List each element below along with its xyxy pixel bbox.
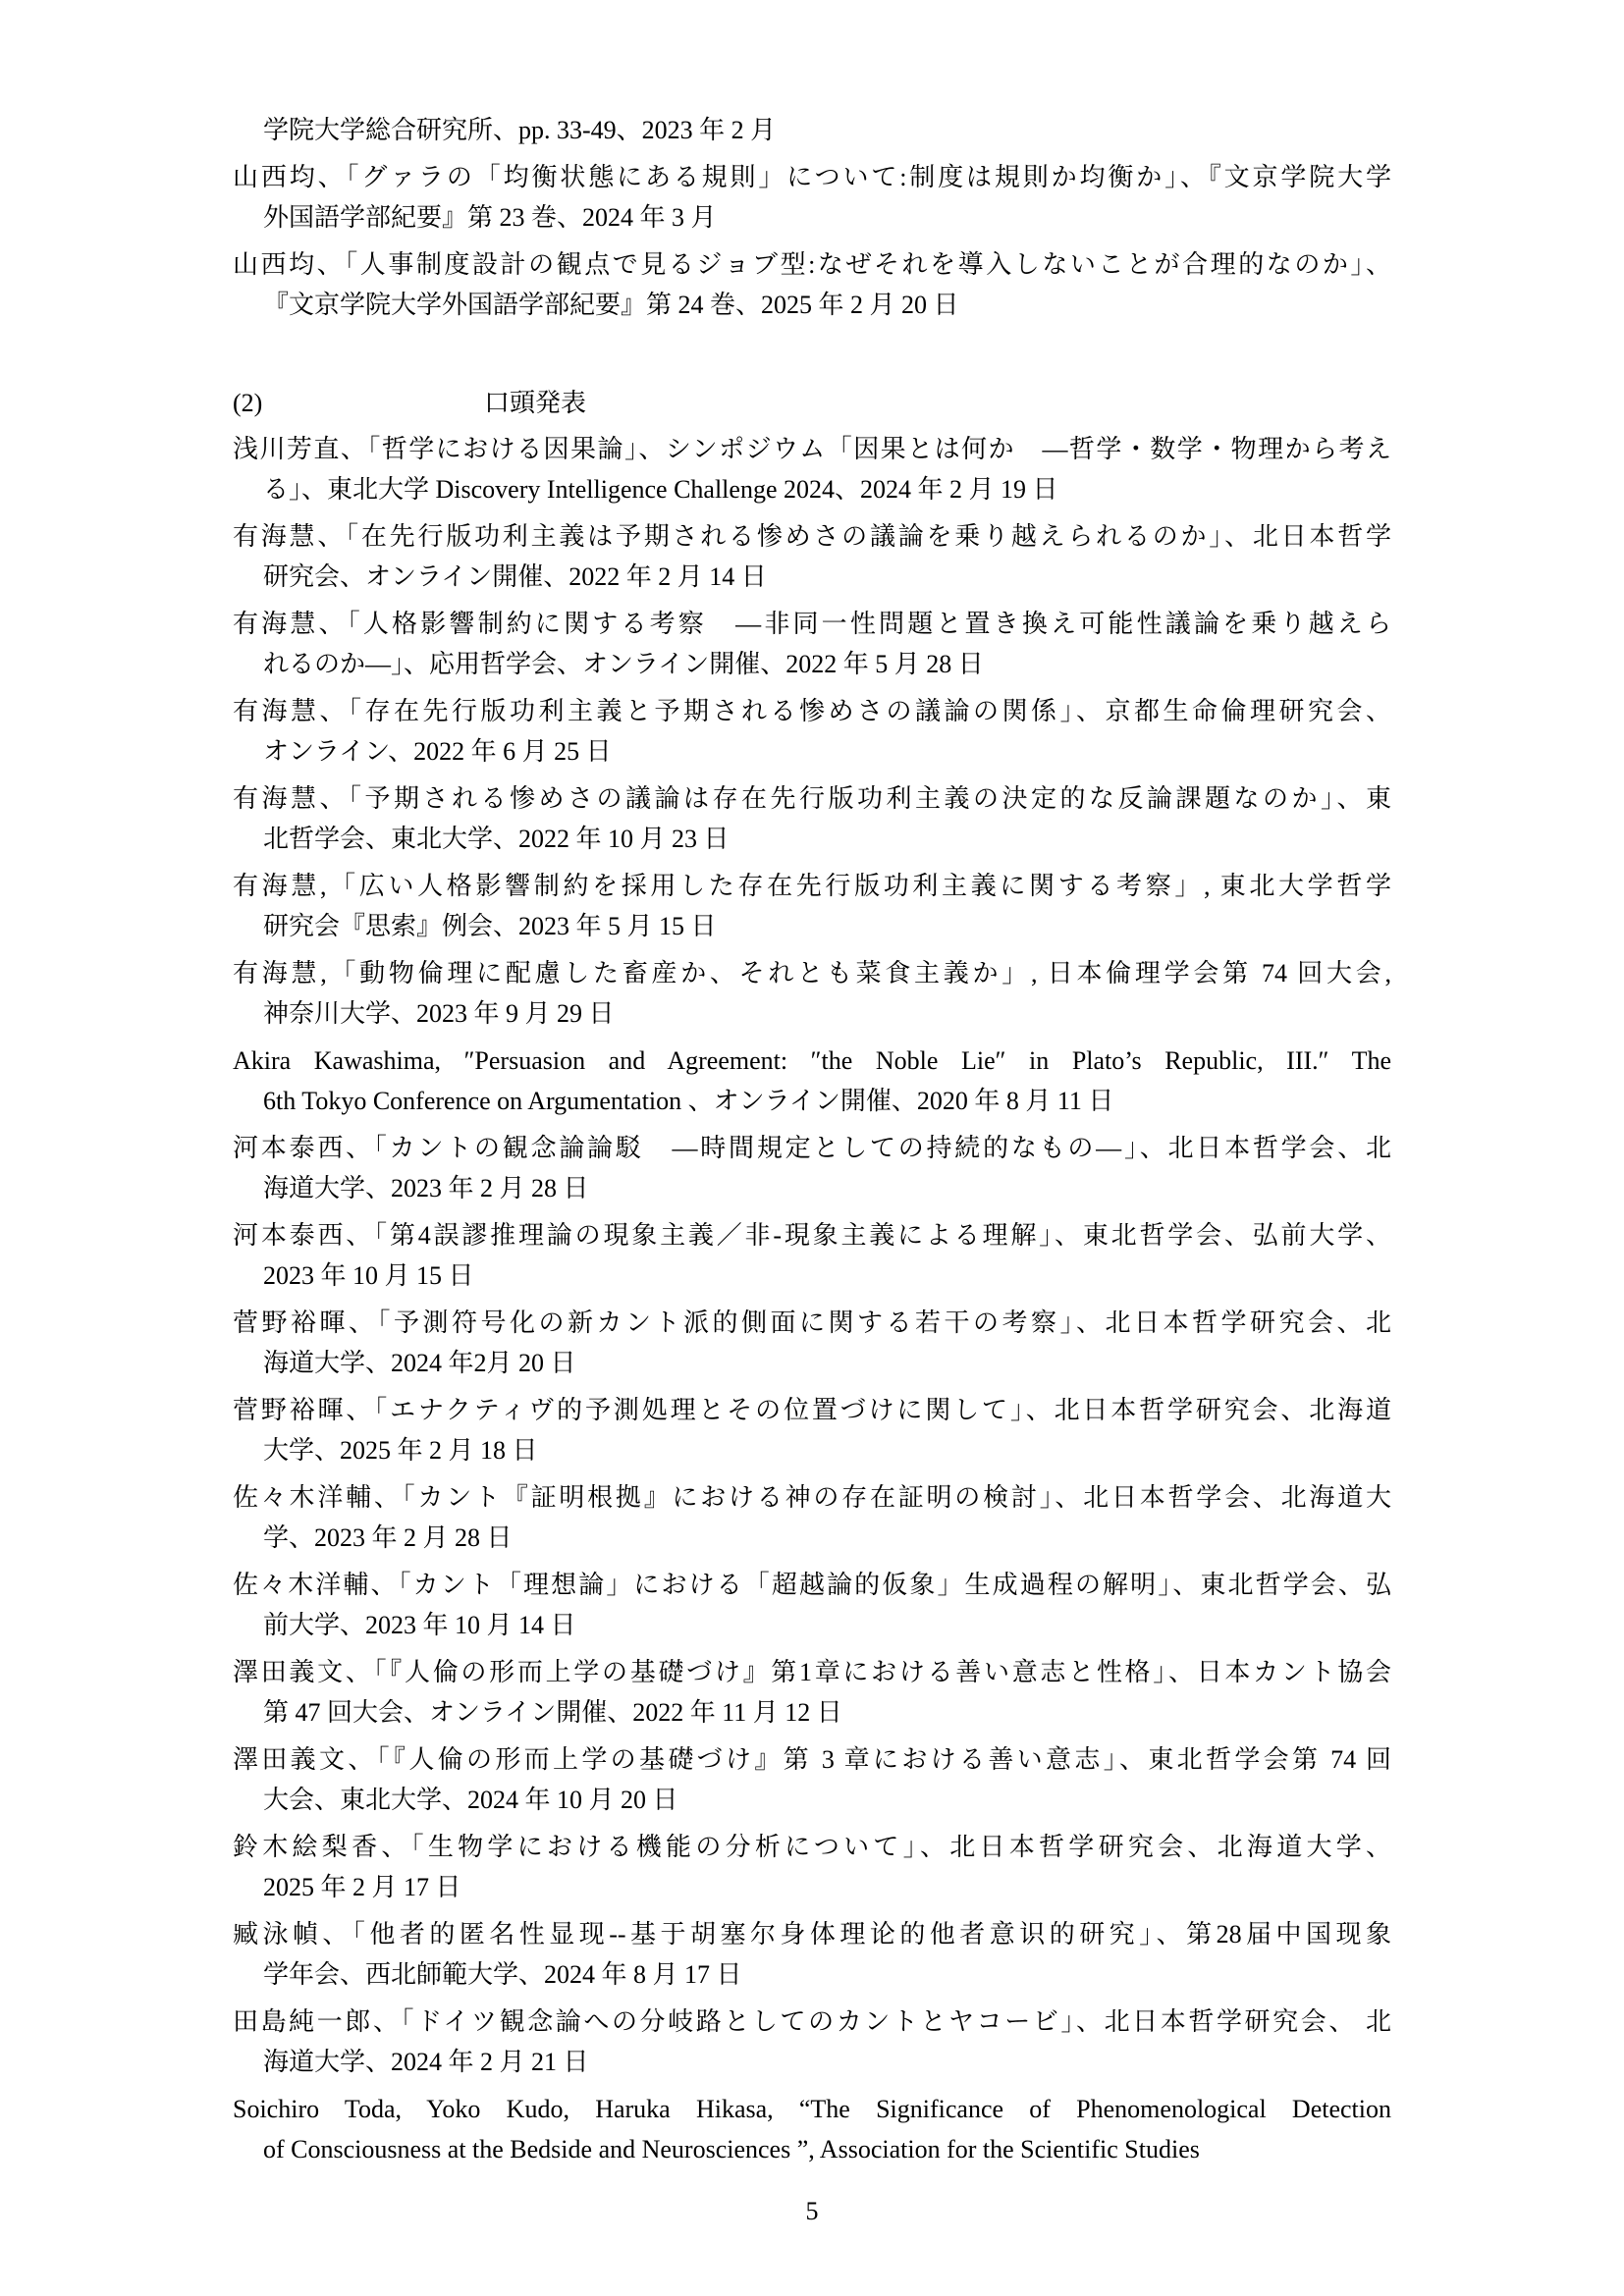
entry-line: 外国語学部紀要』第 23 巻、2024 年 3 月: [233, 197, 1391, 238]
entry-line: 澤田義文、「『人倫の形而上学の基礎づけ』第 3 章における善い意志」、東北哲学会…: [233, 1739, 1391, 1780]
reference-entry: 臧泳幀、「他者的匿名性显现--基于胡塞尔身体理论的他者意识的研究」、第28届中国…: [233, 1914, 1391, 1995]
reference-entry: 浅川芳直、「哲学における因果論」、シンポジウム「因果とは何か ―哲学・数学・物理…: [233, 429, 1391, 509]
entry-line: れるのか―」、応用哲学会、オンライン開催、2022 年 5 月 28 日: [233, 644, 1391, 684]
reference-entry: Akira Kawashima, ″Persuasion and Agreeme…: [233, 1041, 1391, 1121]
section-title: 口頭発表: [484, 389, 586, 417]
reference-entry: 田島純一郎、「ドイツ観念論への分岐路としてのカントとヤコービ」、北日本哲学研究会…: [233, 2002, 1391, 2082]
entry-line: 大会、東北大学、2024 年 10 月 20 日: [233, 1780, 1391, 1820]
entry-line: 前大学、2023 年 10 月 14 日: [233, 1605, 1391, 1645]
reference-entry: 澤田義文、「『人倫の形而上学の基礎づけ』第 3 章における善い意志」、東北哲学会…: [233, 1739, 1391, 1820]
entry-line: 2023 年 10 月 15 日: [233, 1255, 1391, 1296]
entry-line: 菅野裕暉、「予測符号化の新カント派的側面に関する若干の考察」、北日本哲学研究会、…: [233, 1303, 1391, 1343]
reference-entry: 有海慧、「予期される惨めさの議論は存在先行版功利主義の決定的な反論課題なのか」、…: [233, 778, 1391, 859]
entry-line: 山西均、「グァラの「均衡状態にある規則」について:制度は規則か均衡か」、『文京学…: [233, 157, 1391, 197]
entry-line: 2025 年 2 月 17 日: [233, 1867, 1391, 1907]
reference-entry: 有海慧,「動物倫理に配慮した畜産か、それとも菜食主義か」, 日本倫理学会第 74…: [233, 953, 1391, 1034]
entry-line: 6th Tokyo Conference on Argumentation 、オ…: [233, 1081, 1391, 1121]
entry-line: Akira Kawashima, ″Persuasion and Agreeme…: [233, 1041, 1391, 1081]
section-number: (2): [233, 383, 484, 423]
entry-line: 有海慧、「在先行版功利主義は予期される惨めさの議論を乗り越えられるのか」、北日本…: [233, 516, 1391, 557]
entry-line: 有海慧、「人格影響制約に関する考察 ―非同一性問題と置き換え可能性議論を乗り越え…: [233, 604, 1391, 644]
section-heading: (2)口頭発表: [233, 383, 1391, 423]
entry-line: 有海慧、「存在先行版功利主義と予期される惨めさの議論の関係」、京都生命倫理研究会…: [233, 691, 1391, 731]
entry-line: 学年会、西北師範大学、2024 年 8 月 17 日: [233, 1954, 1391, 1995]
entry-line: 河本泰西、「第4誤謬推理論の現象主義／非-現象主義による理解」、東北哲学会、弘前…: [233, 1215, 1391, 1255]
entry-line: Soichiro Toda, Yoko Kudo, Haruka Hikasa,…: [233, 2089, 1391, 2129]
entry-line: 学院大学総合研究所、pp. 33-49、2023 年 2 月: [233, 110, 1391, 150]
reference-entry: 佐々木洋輔、「カント「理想論」における「超越論的仮象」生成過程の解明」、東北哲学…: [233, 1565, 1391, 1645]
reference-entry: 菅野裕暉、「予測符号化の新カント派的側面に関する若干の考察」、北日本哲学研究会、…: [233, 1303, 1391, 1383]
reference-list: 学院大学総合研究所、pp. 33-49、2023 年 2 月山西均、「グァラの「…: [233, 0, 1391, 2176]
reference-entry: 佐々木洋輔、「カント『証明根拠』における神の存在証明の検討」、北日本哲学会、北海…: [233, 1477, 1391, 1558]
reference-entry: 菅野裕暉、「エナクティヴ的予測処理とその位置づけに関して」、北日本哲学研究会、北…: [233, 1390, 1391, 1470]
entry-line: 『文京学院大学外国語学部紀要』第 24 巻、2025 年 2 月 20 日: [233, 285, 1391, 325]
entry-line: 河本泰西、「カントの観念論論駁 ―時間規定としての持続的なもの―」、北日本哲学会…: [233, 1128, 1391, 1168]
entry-line: 臧泳幀、「他者的匿名性显现--基于胡塞尔身体理论的他者意识的研究」、第28届中国…: [233, 1914, 1391, 1954]
reference-entry: 山西均、「グァラの「均衡状態にある規則」について:制度は規則か均衡か」、『文京学…: [233, 157, 1391, 238]
reference-entry: 学院大学総合研究所、pp. 33-49、2023 年 2 月: [233, 110, 1391, 150]
entry-line: 大学、2025 年 2 月 18 日: [233, 1430, 1391, 1470]
entry-line: 田島純一郎、「ドイツ観念論への分岐路としてのカントとヤコービ」、北日本哲学研究会…: [233, 2002, 1391, 2042]
entry-line: 佐々木洋輔、「カント『証明根拠』における神の存在証明の検討」、北日本哲学会、北海…: [233, 1477, 1391, 1518]
entry-line: 海道大学、2023 年 2 月 28 日: [233, 1168, 1391, 1208]
entry-line: 研究会『思索』例会、2023 年 5 月 15 日: [233, 906, 1391, 946]
entry-line: 菅野裕暉、「エナクティヴ的予測処理とその位置づけに関して」、北日本哲学研究会、北…: [233, 1390, 1391, 1430]
entry-line: 浅川芳直、「哲学における因果論」、シンポジウム「因果とは何か ―哲学・数学・物理…: [233, 429, 1391, 469]
reference-entry: 有海慧、「在先行版功利主義は予期される惨めさの議論を乗り越えられるのか」、北日本…: [233, 516, 1391, 597]
entry-line: 学、2023 年 2 月 28 日: [233, 1518, 1391, 1558]
reference-entry: 河本泰西、「第4誤謬推理論の現象主義／非-現象主義による理解」、東北哲学会、弘前…: [233, 1215, 1391, 1296]
entry-line: 神奈川大学、2023 年 9 月 29 日: [233, 993, 1391, 1034]
reference-entry: 澤田義文、「『人倫の形而上学の基礎づけ』第1章における善い意志と性格」、日本カン…: [233, 1652, 1391, 1733]
entry-line: 有海慧,「広い人格影響制約を採用した存在先行版功利主義に関する考察」, 東北大学…: [233, 866, 1391, 906]
entry-line: 鈴木絵梨香、「生物学における機能の分析について」、北日本哲学研究会、北海道大学、: [233, 1827, 1391, 1867]
reference-entry: 山西均、「人事制度設計の観点で見るジョブ型:なぜそれを導入しないことが合理的なの…: [233, 244, 1391, 325]
page-number: 5: [0, 2191, 1624, 2231]
reference-entry: 鈴木絵梨香、「生物学における機能の分析について」、北日本哲学研究会、北海道大学、…: [233, 1827, 1391, 1907]
entry-line: 澤田義文、「『人倫の形而上学の基礎づけ』第1章における善い意志と性格」、日本カン…: [233, 1652, 1391, 1692]
entry-line: 有海慧,「動物倫理に配慮した畜産か、それとも菜食主義か」, 日本倫理学会第 74…: [233, 953, 1391, 993]
reference-entry: Soichiro Toda, Yoko Kudo, Haruka Hikasa,…: [233, 2089, 1391, 2169]
entry-line: 海道大学、2024 年 2 月 21 日: [233, 2042, 1391, 2082]
entry-line: 第 47 回大会、オンライン開催、2022 年 11 月 12 日: [233, 1692, 1391, 1733]
document-page: 学院大学総合研究所、pp. 33-49、2023 年 2 月山西均、「グァラの「…: [0, 0, 1624, 2296]
entry-line: 有海慧、「予期される惨めさの議論は存在先行版功利主義の決定的な反論課題なのか」、…: [233, 778, 1391, 819]
reference-entry: 有海慧、「人格影響制約に関する考察 ―非同一性問題と置き換え可能性議論を乗り越え…: [233, 604, 1391, 684]
entry-line: 佐々木洋輔、「カント「理想論」における「超越論的仮象」生成過程の解明」、東北哲学…: [233, 1565, 1391, 1605]
entry-line: る」、東北大学 Discovery Intelligence Challenge…: [233, 469, 1391, 509]
entry-line: 北哲学会、東北大学、2022 年 10 月 23 日: [233, 819, 1391, 859]
reference-entry: 有海慧,「広い人格影響制約を採用した存在先行版功利主義に関する考察」, 東北大学…: [233, 866, 1391, 946]
entry-line: 山西均、「人事制度設計の観点で見るジョブ型:なぜそれを導入しないことが合理的なの…: [233, 244, 1391, 285]
entry-line: 海道大学、2024 年2月 20 日: [233, 1343, 1391, 1383]
entry-line: 研究会、オンライン開催、2022 年 2 月 14 日: [233, 557, 1391, 597]
entry-line: オンライン、2022 年 6 月 25 日: [233, 731, 1391, 772]
reference-entry: 有海慧、「存在先行版功利主義と予期される惨めさの議論の関係」、京都生命倫理研究会…: [233, 691, 1391, 772]
reference-entry: 河本泰西、「カントの観念論論駁 ―時間規定としての持続的なもの―」、北日本哲学会…: [233, 1128, 1391, 1208]
entry-line: of Consciousness at the Bedside and Neur…: [233, 2129, 1391, 2169]
